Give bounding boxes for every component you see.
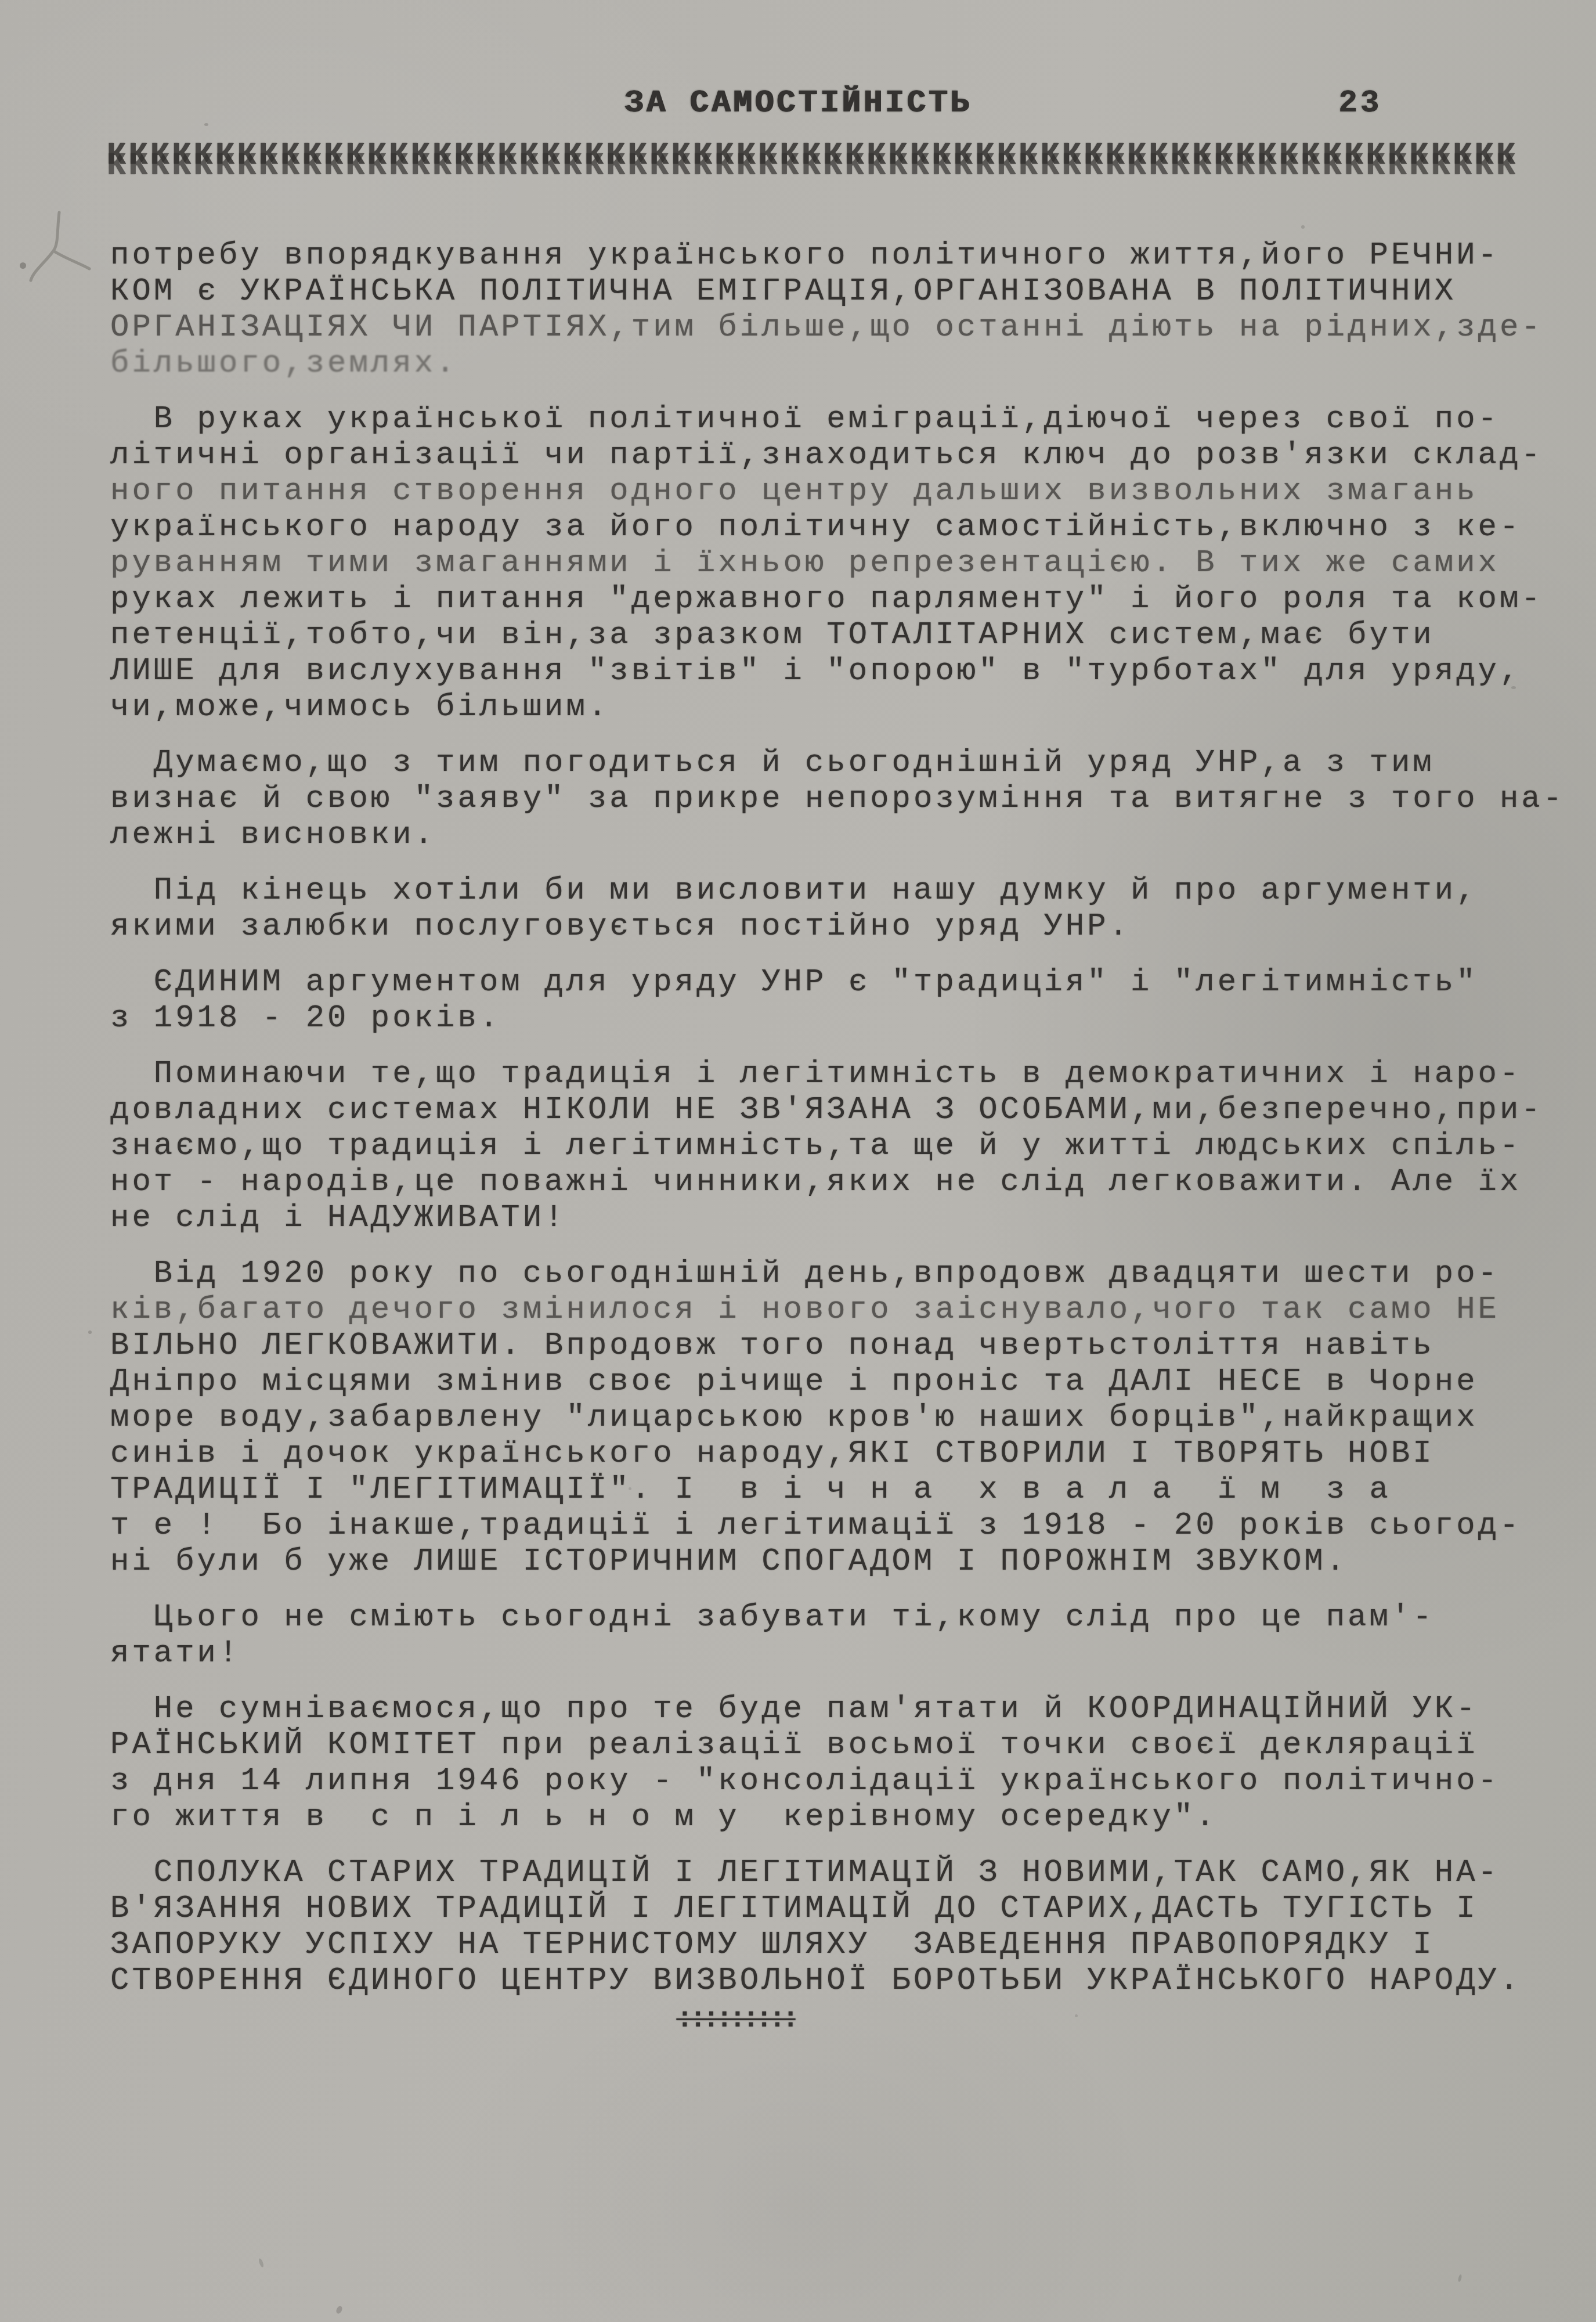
paragraph: Під кінець хотіли би ми висловити нашу д… [110,873,1550,945]
text-line: море воду,забарвлену "лицарською кров'ю … [110,1400,1550,1436]
text-line: го життя в с п і л ь н о м у керівному о… [110,1800,1550,1836]
paragraph: Від 1920 року по сьогоднішній день,впрод… [110,1256,1550,1580]
text-line: якими залюбки послуговується постійно ур… [110,909,1550,945]
text-line: ВІЛЬНО ЛЕГКОВАЖИТИ. Впродовж того понад … [110,1328,1550,1364]
text-line: літичні організації чи партії,знаходитьс… [110,438,1550,474]
paper-speck [20,262,26,269]
end-of-article-mark: ::::::::: [676,2002,795,2038]
text-line: В руках української політичної еміграції… [110,402,1550,438]
text-line: Дніпро місцями змінив своє річище і прон… [110,1364,1550,1400]
body-text: потребу впорядкування українського політ… [110,238,1550,2019]
paragraph: В руках української політичної еміграції… [110,402,1550,726]
scanned-document-page: ЗА САМОСТІЙНІСТЬ 23 КККККККККККККККККККК… [0,0,1596,2322]
text-line: чи,може,чимось більшим. [110,690,1550,726]
text-line: лежні висновки. [110,817,1550,853]
text-line: з дня 14 липня 1946 року - "консолідації… [110,1764,1550,1800]
text-line: ного питання створення одного центру дал… [110,474,1550,510]
text-line: руванням тими змаганнями і їхньою репрез… [110,546,1550,582]
page-number: 23 [1338,86,1382,122]
paper-speck [629,1487,631,1490]
text-line: ЛИШЕ для вислухування "звітів" і "опорою… [110,654,1550,690]
header-divider-line-shadow: КККККККККККККККККККККККККККККККККККККККК… [107,149,1518,185]
text-line: знаємо,що традиція і легітимність,та ще … [110,1128,1550,1164]
paragraph: Цього не сміють сьогодні забувати ті,ком… [110,1600,1550,1672]
paragraph: Поминаючи те,що традиція і легітимність … [110,1057,1550,1236]
paper-speck [335,2305,343,2314]
paragraph: СПОЛУКА СТАРИХ ТРАДИЦІЙ І ЛЕГІТИМАЦІЙ З … [110,1855,1550,1999]
text-line: ятати! [110,1636,1550,1672]
paper-speck [1457,2274,1462,2283]
text-line: українського народу за його політичну са… [110,510,1550,546]
text-line: з 1918 - 20 років. [110,1001,1550,1037]
text-line: СПОЛУКА СТАРИХ ТРАДИЦІЙ І ЛЕГІТИМАЦІЙ З … [110,1855,1550,1891]
text-line: КОМ є УКРАЇНСЬКА ПОЛІТИЧНА ЕМІГРАЦІЯ,ОРГ… [110,274,1550,310]
paragraph: ЄДИНИМ аргументом для уряду УНР є "тради… [110,965,1550,1037]
page-title: ЗА САМОСТІЙНІСТЬ [624,86,972,122]
text-line: ЄДИНИМ аргументом для уряду УНР є "тради… [110,965,1550,1001]
text-line: т е ! Бо інакше,традиції і легітимації з… [110,1508,1550,1544]
paper-speck [1511,686,1516,689]
text-line: В'ЯЗАННЯ НОВИХ ТРАДИЦІЙ І ЛЕГІТИМАЦІЙ ДО… [110,1891,1550,1927]
text-line: ОРГАНІЗАЦІЯХ ЧИ ПАРТІЯХ,тим більше,що ос… [110,310,1550,346]
paper-speck [1075,2014,1078,2017]
paper-speck [204,123,208,126]
text-line: ЗАПОРУКУ УСПІХУ НА ТЕРНИСТОМУ ШЛЯХУ ЗАВЕ… [110,1927,1550,1963]
paper-speck [1301,225,1305,229]
text-line: ні були б уже ЛИШЕ ІСТОРИЧНИМ СПОГАДОМ І… [110,1544,1550,1580]
text-line: нот - народів,це поважні чинники,яких не… [110,1164,1550,1200]
text-line: ТРАДИЦІЇ І "ЛЕГІТИМАЦІЇ". І в і ч н а х … [110,1472,1550,1508]
paper-speck [258,2258,264,2267]
text-line: ків,багато дечого змінилося і нового заі… [110,1292,1550,1328]
text-line: не слід і НАДУЖИВАТИ! [110,1200,1550,1236]
text-line: петенції,тобто,чи він,за зразком ТОТАЛІТ… [110,618,1550,654]
paragraph: Думаємо,що з тим погодиться й сьогоднішн… [110,745,1550,853]
text-line: Не сумніваємося,що про те буде пам'ятати… [110,1692,1550,1728]
text-line: визнає й свою "заяву" за прикре непорозу… [110,781,1550,817]
text-line: Думаємо,що з тим погодиться й сьогоднішн… [110,745,1550,781]
text-line: потребу впорядкування українського політ… [110,238,1550,274]
text-line: Цього не сміють сьогодні забувати ті,ком… [110,1600,1550,1636]
text-line: більшого,землях. [110,346,1550,382]
text-line: довладних системах НІКОЛИ НЕ ЗВ'ЯЗАНА З … [110,1093,1550,1128]
text-line: Під кінець хотіли би ми висловити нашу д… [110,873,1550,909]
text-line: РАЇНСЬКИЙ КОМІТЕТ при реалізації восьмої… [110,1728,1550,1764]
text-line: руках лежить і питання "державного парля… [110,582,1550,618]
paragraph: Не сумніваємося,що про те буде пам'ятати… [110,1692,1550,1836]
paper-speck [88,1331,92,1334]
text-line: синів і дочок українського народу,ЯКІ СТ… [110,1436,1550,1472]
text-line: Від 1920 року по сьогоднішній день,впрод… [110,1256,1550,1292]
pencil-mark [23,208,99,289]
text-line: Поминаючи те,що традиція і легітимність … [110,1057,1550,1093]
text-line: СТВОРЕННЯ ЄДИНОГО ЦЕНТРУ ВИЗВОЛЬНОЇ БОРО… [110,1963,1550,1999]
paragraph: потребу впорядкування українського політ… [110,238,1550,382]
